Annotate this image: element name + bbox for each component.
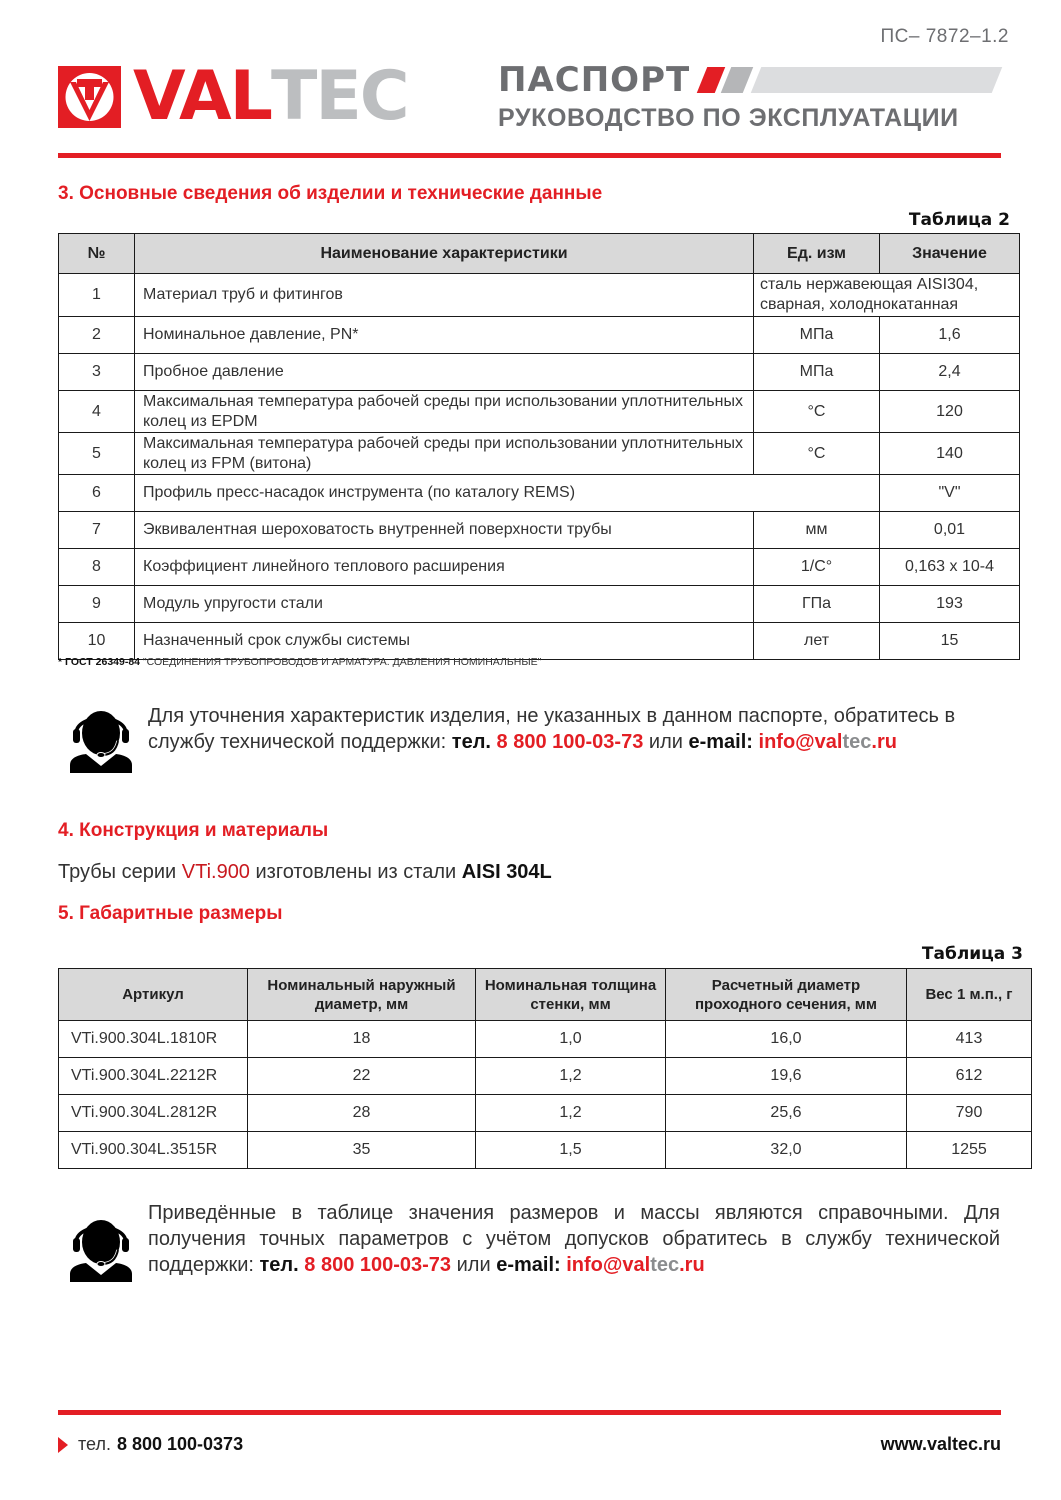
document-title: ПАСПОРТ xyxy=(498,62,690,98)
document-subtitle: РУКОВОДСТВО ПО ЭКСПЛУАТАЦИИ xyxy=(498,104,1001,133)
header-divider xyxy=(58,153,1001,158)
logo-part-gray: TEC xyxy=(271,66,408,128)
footer-divider xyxy=(58,1410,1001,1415)
series-name: VTi.900 xyxy=(182,861,250,883)
row-value: 15 xyxy=(880,623,1020,660)
column-header-inner-diameter: Расчетный диаметр проходного сечения, мм xyxy=(666,969,907,1021)
row-name: Назначенный срок службы системы xyxy=(135,623,754,660)
row-unit: 1/С° xyxy=(754,549,880,586)
column-header-unit: Ед. изм xyxy=(754,234,880,274)
row-weight: 790 xyxy=(907,1095,1032,1132)
column-header-name: Наименование характеристики xyxy=(135,234,754,274)
table-row: 9 Модуль упругости стали ГПа 193 xyxy=(59,586,1020,623)
row-article: VTi.900.304L.3515R xyxy=(59,1132,248,1169)
row-inner-diameter: 19,6 xyxy=(666,1058,907,1095)
row-outer-diameter: 18 xyxy=(248,1021,476,1058)
row-wall-thickness: 1,2 xyxy=(476,1095,666,1132)
row-num: 5 xyxy=(59,433,135,475)
support-text: Для уточнения характеристик изделия, не … xyxy=(148,703,1008,773)
row-value: 120 xyxy=(880,391,1020,433)
row-outer-diameter: 22 xyxy=(248,1058,476,1095)
table-row: VTi.900.304L.3515R 35 1,5 32,0 1255 xyxy=(59,1132,1032,1169)
row-num: 9 xyxy=(59,586,135,623)
table-3-caption: Таблица 3 xyxy=(922,944,1023,964)
materials-paragraph: Трубы серии VTi.900 изготовлены из стали… xyxy=(58,861,552,884)
table-row: 8 Коэффициент линейного теплового расшир… xyxy=(59,549,1020,586)
table-row: VTi.900.304L.2212R 22 1,2 19,6 612 xyxy=(59,1058,1032,1095)
row-name: Коэффициент линейного теплового расширен… xyxy=(135,549,754,586)
row-value: "V" xyxy=(880,475,1020,512)
row-unit: МПа xyxy=(754,354,880,391)
table-2-caption: Таблица 2 xyxy=(909,210,1010,230)
dimensions-table: Артикул Номинальный наружный диаметр, мм… xyxy=(58,968,1032,1169)
support-notice-2: Приведённые в таблице значения размеров … xyxy=(70,1212,1000,1282)
row-name: Профиль пресс-насадок инструмента (по ка… xyxy=(135,475,880,512)
table-row: 7 Эквивалентная шероховатость внутренней… xyxy=(59,512,1020,549)
column-header-outer-diameter: Номинальный наружный диаметр, мм xyxy=(248,969,476,1021)
steel-grade: AISI 304L xyxy=(462,861,552,883)
table-2-footnote: * ГОСТ 26349-84 "СОЕДИНЕНИЯ ТРУБОПРОВОДО… xyxy=(58,656,541,668)
valtec-t-mark-icon xyxy=(58,66,121,128)
document-title-block: ПАСПОРТ РУКОВОДСТВО ПО ЭКСПЛУАТАЦИИ xyxy=(498,62,1001,133)
column-header-weight: Вес 1 м.п., г xyxy=(907,969,1032,1021)
row-name: Модуль упругости стали xyxy=(135,586,754,623)
row-inner-diameter: 32,0 xyxy=(666,1132,907,1169)
logo-part-red: VAL xyxy=(133,66,271,128)
row-unit: МПа xyxy=(754,317,880,354)
row-outer-diameter: 35 xyxy=(248,1132,476,1169)
column-header-wall-thickness: Номинальная толщина стенки, мм xyxy=(476,969,666,1021)
arrow-right-icon xyxy=(58,1437,68,1453)
page-footer: тел. 8 800 100-0373 www.valtec.ru xyxy=(58,1434,1001,1455)
row-num: 8 xyxy=(59,549,135,586)
column-header-value: Значение xyxy=(880,234,1020,274)
decorative-stripes xyxy=(702,67,1001,93)
row-weight: 612 xyxy=(907,1058,1032,1095)
row-name: Максимальная температура рабочей среды п… xyxy=(135,391,754,433)
row-article: VTi.900.304L.1810R xyxy=(59,1021,248,1058)
row-num: 6 xyxy=(59,475,135,512)
footer-website-link[interactable]: www.valtec.ru xyxy=(881,1434,1001,1455)
logo-wordmark: VALTEC xyxy=(133,66,408,128)
row-name: Материал труб и фитингов xyxy=(135,274,754,317)
row-name: Эквивалентная шероховатость внутренней п… xyxy=(135,512,754,549)
row-value: 0,163 х 10-4 xyxy=(880,549,1020,586)
row-value: 1,6 xyxy=(880,317,1020,354)
table-row: 6 Профиль пресс-насадок инструмента (по … xyxy=(59,475,1020,512)
valtec-logo: VALTEC xyxy=(58,66,408,128)
section-4-title: 4. Конструкция и материалы xyxy=(58,820,328,842)
table-row: 1 Материал труб и фитингов сталь нержаве… xyxy=(59,274,1020,317)
table-row: 10 Назначенный срок службы системы лет 1… xyxy=(59,623,1020,660)
support-notice-1: Для уточнения характеристик изделия, не … xyxy=(70,703,1008,773)
row-article: VTi.900.304L.2212R xyxy=(59,1058,248,1095)
row-num: 3 xyxy=(59,354,135,391)
support-phone-link[interactable]: 8 800 100-03-73 xyxy=(304,1254,451,1276)
row-num: 4 xyxy=(59,391,135,433)
table-row: 2 Номинальное давление, PN* МПа 1,6 xyxy=(59,317,1020,354)
row-unit: ГПа xyxy=(754,586,880,623)
footer-phone-link[interactable]: 8 800 100-0373 xyxy=(117,1434,243,1455)
table-row: VTi.900.304L.2812R 28 1,2 25,6 790 xyxy=(59,1095,1032,1132)
row-num: 1 xyxy=(59,274,135,317)
table-row: 5 Максимальная температура рабочей среды… xyxy=(59,433,1020,475)
section-5-title: 5. Габаритные размеры xyxy=(58,903,282,925)
document-code: ПС– 7872–1.2 xyxy=(881,26,1009,48)
row-value: сталь нержавеющая AISI304, сварная, холо… xyxy=(754,274,1020,317)
row-wall-thickness: 1,5 xyxy=(476,1132,666,1169)
row-inner-diameter: 25,6 xyxy=(666,1095,907,1132)
table-row: 4 Максимальная температура рабочей среды… xyxy=(59,391,1020,433)
row-article: VTi.900.304L.2812R xyxy=(59,1095,248,1132)
row-num: 7 xyxy=(59,512,135,549)
row-num: 2 xyxy=(59,317,135,354)
row-num: 10 xyxy=(59,623,135,660)
table-row: VTi.900.304L.1810R 18 1,0 16,0 413 xyxy=(59,1021,1032,1058)
tech-data-table: № Наименование характеристики Ед. изм Зн… xyxy=(58,233,1020,660)
table-row: 3 Пробное давление МПа 2,4 xyxy=(59,354,1020,391)
support-email-link[interactable]: info@valtec.ru xyxy=(759,731,897,753)
support-operator-headset-icon xyxy=(70,703,132,773)
row-name: Максимальная температура рабочей среды п… xyxy=(135,433,754,475)
row-value: 193 xyxy=(880,586,1020,623)
row-wall-thickness: 1,0 xyxy=(476,1021,666,1058)
row-weight: 413 xyxy=(907,1021,1032,1058)
footnote-standard: * ГОСТ 26349-84 xyxy=(58,656,140,668)
row-outer-diameter: 28 xyxy=(248,1095,476,1132)
column-header-num: № xyxy=(59,234,135,274)
column-header-article: Артикул xyxy=(59,969,248,1021)
row-unit: °С xyxy=(754,433,880,475)
row-unit: мм xyxy=(754,512,880,549)
row-name: Номинальное давление, PN* xyxy=(135,317,754,354)
support-email-link[interactable]: info@valtec.ru xyxy=(566,1254,704,1276)
row-value: 2,4 xyxy=(880,354,1020,391)
footer-phone: тел. 8 800 100-0373 xyxy=(58,1434,243,1455)
row-unit: лет xyxy=(754,623,880,660)
row-name: Пробное давление xyxy=(135,354,754,391)
support-operator-headset-icon xyxy=(70,1212,132,1282)
row-weight: 1255 xyxy=(907,1132,1032,1169)
footnote-text: "СОЕДИНЕНИЯ ТРУБОПРОВОДОВ И АРМАТУРА. ДА… xyxy=(140,656,541,668)
row-unit: °С xyxy=(754,391,880,433)
section-3-title: 3. Основные сведения об изделии и технич… xyxy=(58,183,602,205)
support-text: Приведённые в таблице значения размеров … xyxy=(148,1200,1000,1282)
row-inner-diameter: 16,0 xyxy=(666,1021,907,1058)
row-value: 0,01 xyxy=(880,512,1020,549)
row-value: 140 xyxy=(880,433,1020,475)
support-phone-link[interactable]: 8 800 100-03-73 xyxy=(497,731,644,753)
row-wall-thickness: 1,2 xyxy=(476,1058,666,1095)
